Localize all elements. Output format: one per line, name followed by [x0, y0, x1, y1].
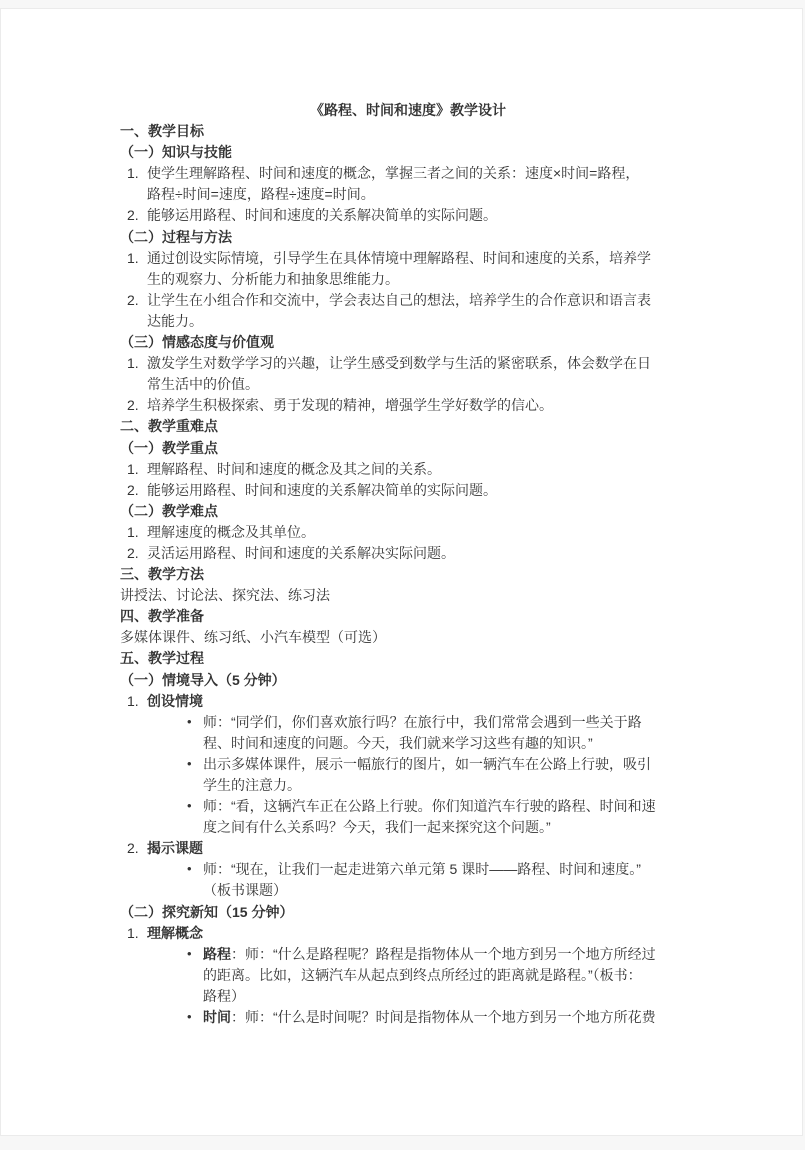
- bullet-item-concept-distance: • 路程：师：“什么是路程呢？路程是指物体从一个地方到另一个地方所经过 的距离。…: [120, 944, 696, 1007]
- item-number: 1.: [127, 248, 139, 269]
- text-line: 理解速度的概念及其单位。: [147, 522, 696, 543]
- text-line: 能够运用路程、时间和速度的关系解决简单的实际问题。: [147, 205, 696, 226]
- concept-term: 路程: [203, 946, 231, 962]
- document-page: 《路程、时间和速度》教学设计 一、教学目标 （一）知识与技能 1. 使学生理解路…: [0, 8, 803, 1136]
- bullet-item: • 出示多媒体课件，展示一幅旅行的图片，如一辆汽车在公路上行驶，吸引 学生的注意…: [120, 754, 696, 796]
- bullet-icon: •: [187, 943, 192, 964]
- section-heading-methods: 三、教学方法: [120, 564, 696, 585]
- section-heading-process: 五、教学过程: [120, 648, 696, 669]
- text-line: 揭示课题: [147, 838, 696, 859]
- item-number: 2.: [127, 838, 139, 859]
- numbered-item: 1. 理解路程、时间和速度的概念及其之间的关系。: [120, 459, 696, 480]
- text-line: 使学生理解路程、时间和速度的概念，掌握三者之间的关系：速度×时间=路程，: [147, 163, 696, 184]
- section-heading-key-points: 二、教学重难点: [120, 416, 696, 437]
- bullet-item: • 师：“同学们，你们喜欢旅行吗？在旅行中，我们常常会遇到一些关于路 程、时间和…: [120, 712, 696, 754]
- item-number: 2.: [127, 205, 139, 226]
- text-segment: ：师：“什么是时间呢？时间是指物体从一个地方到另一个地方所花费: [231, 1009, 656, 1025]
- text-line: 生的观察力、分析能力和抽象思维能力。: [147, 269, 696, 290]
- text-line: 路程：师：“什么是路程呢？路程是指物体从一个地方到另一个地方所经过: [203, 944, 696, 965]
- numbered-item: 1. 创设情境: [120, 691, 696, 712]
- text-line: 路程）: [203, 986, 696, 1007]
- subsection-heading-difficulty: （二）教学难点: [120, 501, 696, 522]
- numbered-item: 1. 使学生理解路程、时间和速度的概念，掌握三者之间的关系：速度×时间=路程， …: [120, 163, 696, 205]
- item-number: 2.: [127, 543, 139, 564]
- document-content: 《路程、时间和速度》教学设计 一、教学目标 （一）知识与技能 1. 使学生理解路…: [120, 100, 696, 1028]
- concept-term: 时间: [203, 1009, 231, 1025]
- item-number: 2.: [127, 480, 139, 501]
- numbered-item: 2. 灵活运用路程、时间和速度的关系解决实际问题。: [120, 543, 696, 564]
- numbered-item: 1. 激发学生对数学学习的兴趣，让学生感受到数学与生活的紧密联系，体会数学在日 …: [120, 353, 696, 395]
- text-line: 理解路程、时间和速度的概念及其之间的关系。: [147, 459, 696, 480]
- text-line: 让学生在小组合作和交流中，学会表达自己的想法，培养学生的合作意识和语言表: [147, 290, 696, 311]
- section-heading-preparation: 四、教学准备: [120, 606, 696, 627]
- text-line: 达能力。: [147, 311, 696, 332]
- item-number: 1.: [127, 163, 139, 184]
- text-line: 的距离。比如，这辆汽车从起点到终点所经过的距离就是路程。”（板书：: [203, 965, 696, 986]
- subsection-heading-knowledge-skills: （一）知识与技能: [120, 142, 696, 163]
- numbered-item: 1. 通过创设实际情境，引导学生在具体情境中理解路程、时间和速度的关系，培养学 …: [120, 248, 696, 290]
- text-line: 激发学生对数学学习的兴趣，让学生感受到数学与生活的紧密联系，体会数学在日: [147, 353, 696, 374]
- item-number: 2.: [127, 290, 139, 311]
- item-number: 1.: [127, 522, 139, 543]
- page-title: 《路程、时间和速度》教学设计: [120, 100, 696, 121]
- text-line: 师：“看，这辆汽车正在公路上行驶。你们知道汽车行驶的路程、时间和速: [203, 796, 696, 817]
- text-line: 通过创设实际情境，引导学生在具体情境中理解路程、时间和速度的关系，培养学: [147, 248, 696, 269]
- paragraph-methods: 讲授法、讨论法、探究法、练习法: [120, 585, 696, 606]
- text-segment: ：师：“什么是路程呢？路程是指物体从一个地方到另一个地方所经过: [231, 946, 656, 962]
- text-line: 师：“同学们，你们喜欢旅行吗？在旅行中，我们常常会遇到一些关于路: [203, 712, 696, 733]
- text-line: 常生活中的价值。: [147, 374, 696, 395]
- text-line: 学生的注意力。: [203, 775, 696, 796]
- text-line: 理解概念: [147, 923, 696, 944]
- text-line: （板书课题）: [203, 880, 696, 901]
- bullet-icon: •: [187, 1006, 192, 1027]
- bullet-item: • 师：“现在，让我们一起走进第六单元第 5 课时——路程、时间和速度。” （板…: [120, 859, 696, 901]
- numbered-item: 2. 揭示课题: [120, 838, 696, 859]
- subsection-heading-explore: （二）探究新知（15 分钟）: [120, 902, 696, 923]
- text-line: 培养学生积极探索、勇于发现的精神，增强学生学好数学的信心。: [147, 395, 696, 416]
- bullet-icon: •: [187, 711, 192, 732]
- text-line: 时间：师：“什么是时间呢？时间是指物体从一个地方到另一个地方所花费: [203, 1007, 696, 1028]
- item-number: 1.: [127, 691, 139, 712]
- numbered-item: 1. 理解概念: [120, 923, 696, 944]
- text-line: 师：“现在，让我们一起走进第六单元第 5 课时——路程、时间和速度。”: [203, 859, 696, 880]
- numbered-item: 2. 能够运用路程、时间和速度的关系解决简单的实际问题。: [120, 480, 696, 501]
- item-number: 1.: [127, 353, 139, 374]
- text-line: 灵活运用路程、时间和速度的关系解决实际问题。: [147, 543, 696, 564]
- text-line: 创设情境: [147, 691, 696, 712]
- text-line: 度之间有什么关系吗？今天，我们一起来探究这个问题。”: [203, 817, 696, 838]
- bullet-item-concept-time: • 时间：师：“什么是时间呢？时间是指物体从一个地方到另一个地方所花费: [120, 1007, 696, 1028]
- item-number: 1.: [127, 923, 139, 944]
- numbered-item: 1. 理解速度的概念及其单位。: [120, 522, 696, 543]
- section-heading-objectives: 一、教学目标: [120, 121, 696, 142]
- subsection-heading-focus: （一）教学重点: [120, 438, 696, 459]
- numbered-item: 2. 培养学生积极探索、勇于发现的精神，增强学生学好数学的信心。: [120, 395, 696, 416]
- bullet-icon: •: [187, 858, 192, 879]
- subsection-heading-intro: （一）情境导入（5 分钟）: [120, 670, 696, 691]
- text-line: 出示多媒体课件，展示一幅旅行的图片，如一辆汽车在公路上行驶，吸引: [203, 754, 696, 775]
- bullet-icon: •: [187, 753, 192, 774]
- numbered-item: 2. 让学生在小组合作和交流中，学会表达自己的想法，培养学生的合作意识和语言表 …: [120, 290, 696, 332]
- text-line: 能够运用路程、时间和速度的关系解决简单的实际问题。: [147, 480, 696, 501]
- subsection-heading-process-methods: （二）过程与方法: [120, 227, 696, 248]
- text-line: 路程÷时间=速度，路程÷速度=时间。: [147, 184, 696, 205]
- bullet-icon: •: [187, 795, 192, 816]
- paragraph-preparation: 多媒体课件、练习纸、小汽车模型（可选）: [120, 627, 696, 648]
- subsection-heading-values: （三）情感态度与价值观: [120, 332, 696, 353]
- bullet-item: • 师：“看，这辆汽车正在公路上行驶。你们知道汽车行驶的路程、时间和速 度之间有…: [120, 796, 696, 838]
- item-number: 2.: [127, 395, 139, 416]
- item-number: 1.: [127, 459, 139, 480]
- text-line: 程、时间和速度的问题。今天，我们就来学习这些有趣的知识。”: [203, 733, 696, 754]
- numbered-item: 2. 能够运用路程、时间和速度的关系解决简单的实际问题。: [120, 205, 696, 226]
